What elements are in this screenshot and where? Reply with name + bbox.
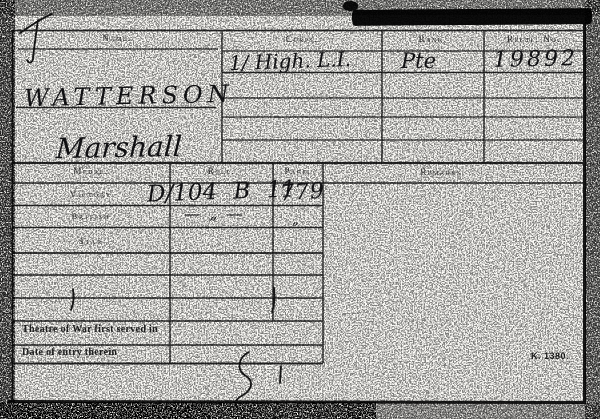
medal-index-card-scan: Name. Corps. Rank. Regtl. No. Medal. Rol…: [0, 0, 600, 419]
pen-tick-mid-column: [272, 288, 275, 312]
pen-squiggle-bottom: [235, 352, 251, 407]
pen-tick-mid-left: [71, 289, 74, 310]
pen-stroke-bottom: [280, 366, 281, 383]
pen-marks: [0, 0, 600, 419]
